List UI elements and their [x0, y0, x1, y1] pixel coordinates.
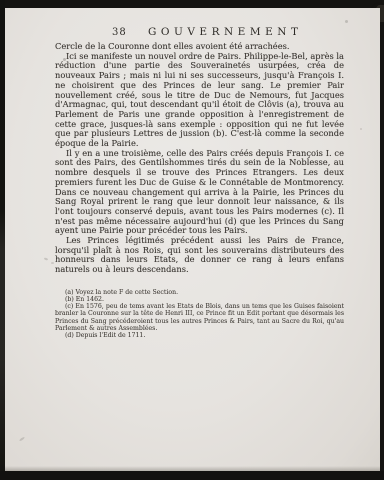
- paper-smudge: [360, 128, 362, 130]
- footnote: (a) Voyez la note F de cette Section.: [55, 289, 344, 296]
- paper-smudge: [51, 262, 54, 264]
- page-number: 38: [112, 27, 127, 38]
- paper-smudge: [63, 58, 66, 61]
- paper-smudge: [44, 257, 48, 260]
- paragraph: Les Princes légitimés précédent aussi le…: [55, 236, 344, 275]
- scan-bed-bottom-band: [0, 471, 384, 480]
- book-paper: 38 GOUVERNEMENT Cercle de la Couronne do…: [5, 8, 380, 471]
- body-text: Cercle de la Couronne dont elles avoient…: [55, 42, 344, 275]
- scanned-book-page: 38 GOUVERNEMENT Cercle de la Couronne do…: [0, 0, 384, 480]
- running-header-title: GOUVERNEMENT: [148, 26, 302, 38]
- paper-smudge: [345, 20, 348, 23]
- footnote: (c) En 1576, peu de tems avant les Etats…: [55, 303, 344, 332]
- paragraph: Il y en a une troisième, celle des Pairs…: [55, 149, 344, 236]
- paper-smudge: [19, 436, 25, 441]
- text-block: Cercle de la Couronne dont elles avoient…: [55, 42, 344, 339]
- footnote: (d) Depuis l'Edit de 1711.: [55, 332, 344, 339]
- footnotes-block: (a) Voyez la note F de cette Section. (b…: [55, 289, 344, 339]
- scan-bed-top-band: [0, 0, 384, 8]
- paragraph: Ici se manifeste un nouvel ordre de Pair…: [55, 52, 344, 149]
